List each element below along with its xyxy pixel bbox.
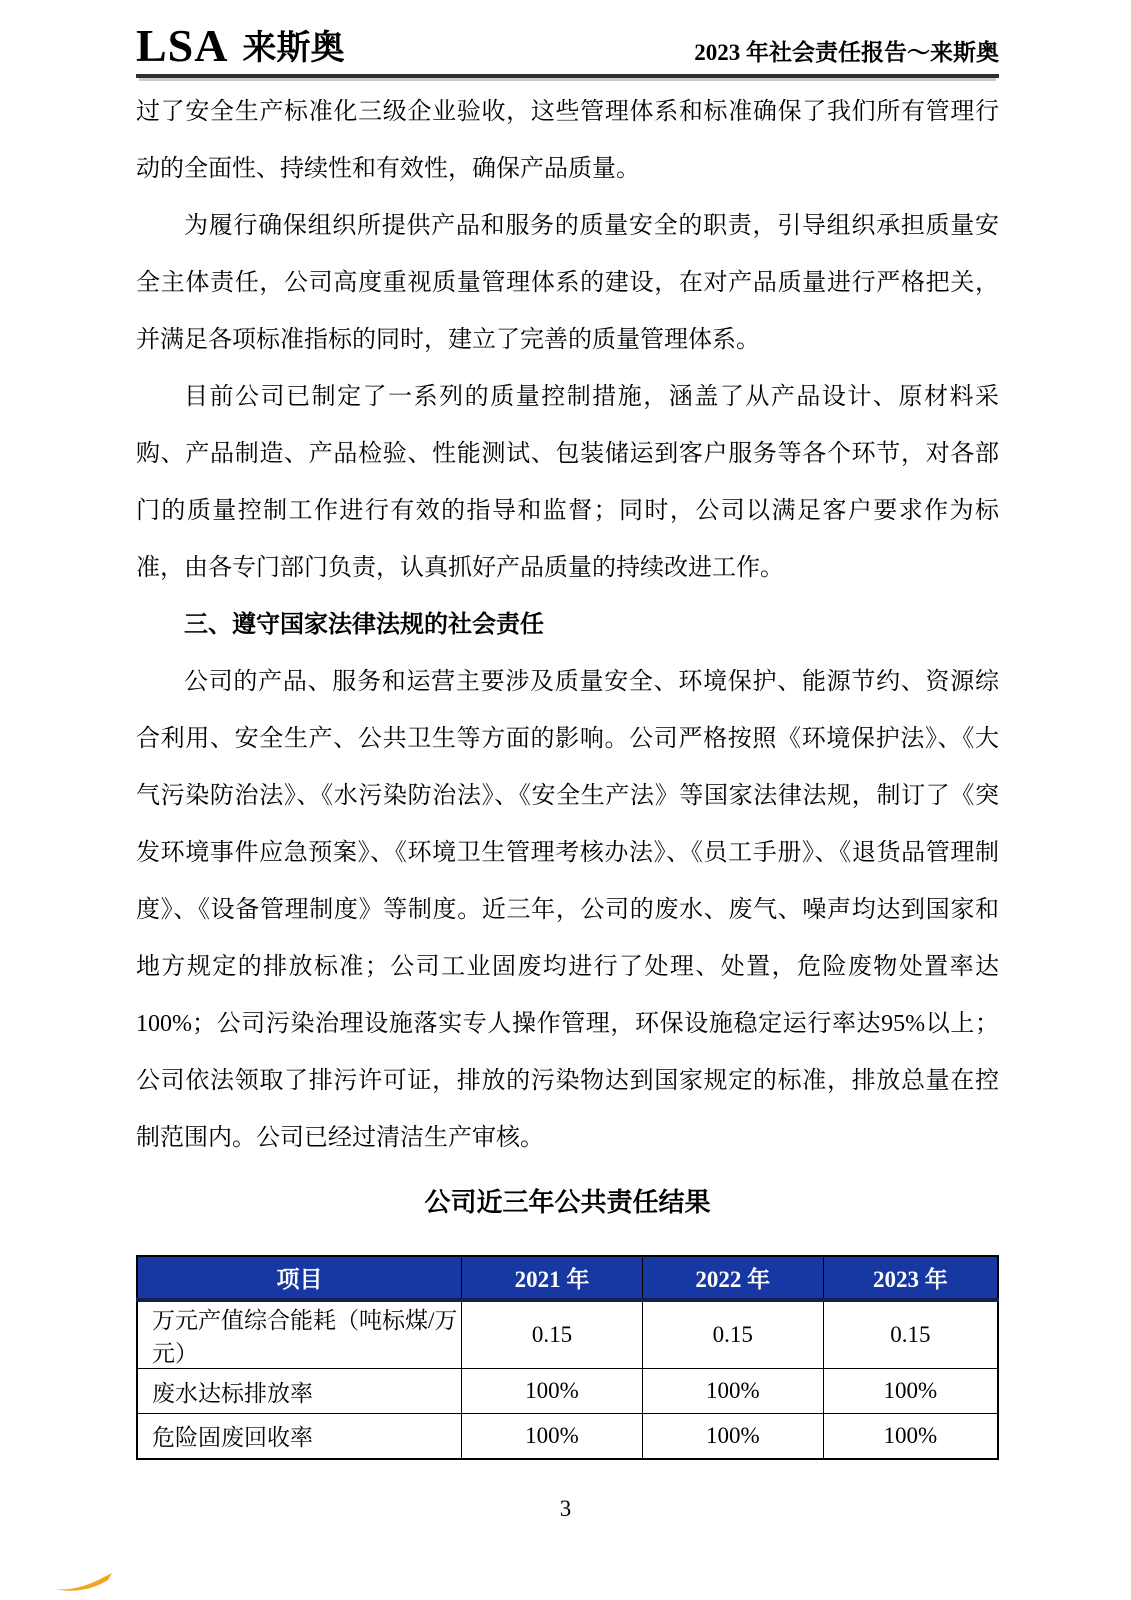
- paragraph: 公司的产品、服务和运营主要涉及质量安全、环境保护、能源节约、资源综合利用、安全生…: [136, 654, 999, 1167]
- column-header-item: 项目: [137, 1256, 462, 1300]
- cell-value: 100%: [823, 1414, 998, 1459]
- paragraph: 过了安全生产标准化三级企业验收，这些管理体系和标准确保了我们所有管理行动的全面性…: [136, 84, 999, 198]
- row-label: 万元产值综合能耗（吨标煤/万元）: [137, 1300, 462, 1369]
- cell-value: 100%: [462, 1414, 643, 1459]
- cell-value: 0.15: [642, 1300, 823, 1369]
- cell-value: 100%: [642, 1414, 823, 1459]
- table-header-row: 项目 2021 年 2022 年 2023 年: [137, 1256, 998, 1300]
- cell-value: 100%: [462, 1369, 643, 1414]
- paragraph: 目前公司已制定了一系列的质量控制措施，涵盖了从产品设计、原材料采购、产品制造、产…: [136, 369, 999, 597]
- report-title: 2023 年社会责任报告～来斯奥: [694, 38, 999, 68]
- table-row: 废水达标排放率 100% 100% 100%: [137, 1369, 998, 1414]
- table-row: 危险固废回收率 100% 100% 100%: [137, 1414, 998, 1459]
- row-label: 废水达标排放率: [137, 1369, 462, 1414]
- cell-value: 0.15: [823, 1300, 998, 1369]
- logo-swoosh-icon: [52, 1573, 114, 1595]
- cell-value: 0.15: [462, 1300, 643, 1369]
- page-number: 3: [0, 1496, 1131, 1522]
- cell-value: 100%: [642, 1369, 823, 1414]
- cell-value: 100%: [823, 1369, 998, 1414]
- column-header-2023: 2023 年: [823, 1256, 998, 1300]
- column-header-2021: 2021 年: [462, 1256, 643, 1300]
- column-header-2022: 2022 年: [642, 1256, 823, 1300]
- public-responsibility-table: 项目 2021 年 2022 年 2023 年 万元产值综合能耗（吨标煤/万元）…: [136, 1255, 999, 1460]
- company-logo: LSA 来斯奥: [136, 24, 344, 68]
- page-header: LSA 来斯奥 2023 年社会责任报告～来斯奥: [136, 26, 999, 78]
- row-label: 危险固废回收率: [137, 1414, 462, 1459]
- table-title: 公司近三年公共责任结果: [136, 1181, 999, 1225]
- section-heading: 三、遵守国家法律法规的社会责任: [136, 597, 999, 654]
- logo-latin-text: LSA: [136, 24, 228, 68]
- report-page: LSA 来斯奥 2023 年社会责任报告～来斯奥 过了安全生产标准化三级企业验收…: [0, 0, 1131, 1600]
- table-row: 万元产值综合能耗（吨标煤/万元） 0.15 0.15 0.15: [137, 1300, 998, 1369]
- paragraph: 为履行确保组织所提供产品和服务的质量安全的职责，引导组织承担质量安全主体责任，公…: [136, 198, 999, 369]
- body-text: 过了安全生产标准化三级企业验收，这些管理体系和标准确保了我们所有管理行动的全面性…: [136, 84, 999, 1167]
- logo-cjk-text: 来斯奥: [242, 30, 344, 68]
